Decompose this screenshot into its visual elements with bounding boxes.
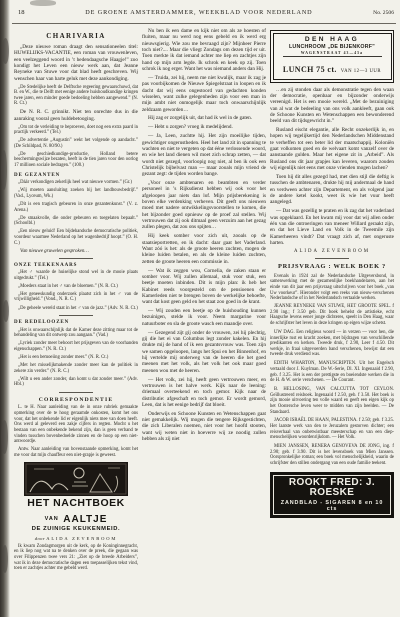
book-entry: EDITH WHARTON, MANUSCRIPTEN. Uit het Eng…: [270, 361, 394, 384]
section-divider: [59, 315, 93, 316]
nachtboek-feature: HET NACHTBOEK VAN AALTJE DE ZUINIGE KEUK…: [14, 462, 138, 572]
story-paragraphs-middle: Nu ben ik een dame en kijk niet om als z…: [142, 28, 266, 442]
story-paragraph: — Ja, Leen, zuchtte hij. Het zijn moeili…: [142, 133, 266, 177]
feature-byline: door ALIDA ZEVENBOOM: [14, 536, 138, 541]
feature-byline-name: ALIDA ZEVENBOOM: [46, 536, 117, 541]
scan-smudge: [3, 300, 9, 322]
masthead: DE GROENE AMSTERDAMMER, WEEKBLAD VOOR NE…: [85, 9, 312, 16]
story-paragraph: Hij zag er zorgelijk uit, dat had ik wel…: [142, 115, 266, 121]
press-quote: „Dit is een tragisch gebeuren in onze ge…: [14, 202, 138, 213]
correspondence-heading: CORRESPONDENTIE: [14, 397, 138, 403]
story-paragraph: Nu ben ik een dame en kijk niet om als z…: [142, 28, 266, 72]
ad-city: DEN HAAG: [275, 36, 390, 43]
section-heading-redeloozen: DE REDELOOZEN: [14, 320, 138, 325]
ad-business-name: LUNCHROOM „DE BIJENKORF”: [275, 44, 390, 50]
charivaria-press-quote: „De Stedelijke heeft de Delftsche regeer…: [14, 85, 138, 108]
story-paragraph: Hij keek somber voor zich uit, zooals op…: [142, 233, 266, 265]
cigar-ad-frame: ROOKT FRED: J. ROESKE ZANDBLAD - SIGAREN…: [273, 475, 391, 516]
press-quote: „Het is onwaarschijnlijk dat de Kamer de…: [14, 328, 138, 339]
press-quote: „Wilt u een ander zonder, dan komt u dat…: [14, 377, 138, 388]
ad-offer: LUNCH 75 ct.: [283, 65, 337, 74]
gezanten-quote-list: „Dáár verkondigen zekerlijk heel wat nie…: [14, 180, 138, 246]
story-paragraph: — Wat ik zeggen wou, Cornelia, de zaken …: [142, 268, 266, 306]
lunchroom-ad-frame: DEN HAAG LUNCHROOM „DE BIJENKORF” WAGENS…: [273, 33, 392, 81]
page-header: 18 DE GROENE AMSTERDAMMER, WEEKBLAD VOOR…: [18, 9, 394, 16]
issue-number: No. 2506: [373, 10, 394, 16]
press-quote: „De geheele wereld staat in het ♂ van de…: [14, 306, 138, 312]
book-entry: JACOB ISRAËL DE HAAN, PALESTINA. f 2.50;…: [270, 418, 394, 441]
story-paragraph: — Het volk, zei hij, heeft geen vertrouw…: [142, 377, 266, 409]
charivaria-intro: „Deze nieuwe roman draagt den sensatione…: [14, 44, 138, 82]
section-divider: [59, 392, 93, 393]
feature-byline-prefix: door: [35, 536, 45, 541]
feature-illustration: [24, 462, 128, 496]
ad-divider: [283, 56, 382, 57]
prijsvraag-heading: PRIJSVRAAG : WELK BOEK ?: [270, 263, 394, 270]
lunchroom-ad: DEN HAAG LUNCHROOM „DE BIJENKORF” WAGENS…: [270, 30, 394, 83]
section-heading-gezanten: DE GEZANTEN: [14, 173, 138, 178]
press-quote: „Moeders staat in het ♂ van de bloemen.”…: [14, 284, 138, 290]
press-quote: „Om tot de verleiding te beproeven, doet…: [14, 125, 138, 136]
book-entry: B. HELLOSING, VAN CALCUTTA TOT CEYLON. G…: [270, 387, 394, 415]
book-entry: MIEN JANSSEN, RENERA GENOVEVA DE JONG, i…: [270, 444, 394, 467]
charivaria-reply: De N. R. C. grinnikt. Niet ten onrechte …: [14, 109, 138, 122]
scan-smudge: [1, 420, 8, 454]
feature-title-aaltje: AALTJE: [63, 514, 107, 525]
redeloozen-quote-list: „Het is onwaarschijnlijk dat de Kamer de…: [14, 328, 138, 388]
correspondence-paragraphs: L. te H. Naar aanleiding van de in onze …: [14, 405, 138, 458]
story-paragraph: — Wij zouden een beetje op de huishoudin…: [142, 308, 266, 327]
ad-offer-row: LUNCH 75 ct. VAN 12—3 UUR: [275, 59, 390, 77]
ad-street-address: WAGENSTRAAT 43—45a: [275, 51, 390, 55]
press-quote: „Wij moeten aansluiting zoeken bij het l…: [14, 188, 138, 199]
header-rule: [12, 23, 396, 24]
cigar-ad: ROOKT FRED: J. ROESKE ZANDBLAD - SIGAREN…: [270, 472, 394, 519]
scan-smudge: [2, 38, 9, 64]
correspondence-paragraph: L. te H. Naar aanleiding van de in onze …: [14, 405, 138, 444]
press-quote: „Met het misselijkmakende zonder meer ka…: [14, 363, 138, 374]
right-column: DEN HAAG LUNCHROOM „DE BIJENKORF” WAGENS…: [270, 28, 394, 613]
story-paragraph: — Dat was gezellig te praten en ik zag d…: [270, 208, 394, 246]
story-paragraph: Rusland eischt elegantie, alle Recht onz…: [270, 127, 394, 171]
correspondence-paragraph: Antw. Naar aanleiding van bovenstaande o…: [14, 447, 138, 458]
feature-title-line3: DE ZUINIGE KEUKENMEID.: [14, 527, 138, 533]
story-paragraphs-right: …en zij stonden daar als demonstratie te…: [270, 87, 394, 247]
section-divider: [59, 258, 93, 259]
story-paragraph: Onderwijs en Schoone Kunsten en Wetensch…: [142, 411, 266, 443]
left-column: CHARIVARIA „Deze nieuwe roman draagt den…: [14, 28, 138, 613]
press-quote: „Het geneeskundig onderzoek plaatst zich…: [14, 292, 138, 303]
prijsvraag-intro: Evenals in 1924 zal de Nederlandsche Uit…: [270, 274, 394, 302]
charivaria-quote-list: „Om tot de verleiding te beproeven, doet…: [14, 125, 138, 169]
press-quote: „De advertentie „Augustin” wekt het volg…: [14, 138, 138, 149]
feature-opening-text: Ik kwam Zondagmorgen uit de kerk, op de …: [14, 544, 138, 572]
feature-title-van: VAN: [45, 516, 59, 522]
section-heading-teekenaars: ONZE TEEKENAARS: [14, 263, 138, 268]
press-quote: „Het ♂ waarde de huiselijke stond wel in…: [14, 270, 138, 281]
press-quote: „Een nieuw geluid! Een bijdehandsche dem…: [14, 229, 138, 246]
press-quote: „Het is een bemoeiing zonder meer.” (N. …: [14, 355, 138, 361]
middle-column: Nu ben ik een dame en kijk niet om als z…: [142, 28, 266, 613]
press-quote: „De geschiedkundige-productie, Holland b…: [14, 152, 138, 169]
press-quote: „Lyriek zonder meer behoort het prijsgev…: [14, 341, 138, 352]
story-paragraph: …en zij stonden daar als demonstratie te…: [270, 87, 394, 125]
story-paragraph: Toen hij dit alles gezegd had, met dien …: [270, 174, 394, 206]
book-entry-list: JEANNE REYNEKE VAN STUWE, HET GROOTE SPE…: [270, 304, 394, 467]
scan-smudge: [2, 545, 8, 573]
story-paragraph: — Hebt u zorgen? vroeg ik medelijdend.: [142, 124, 266, 130]
page-number: 18: [18, 9, 25, 16]
magazine-page: 18 DE GROENE AMSTERDAMMER, WEEKBLAD VOOR…: [0, 0, 400, 617]
gezanten-outro: Van nieuwe gruwelen gesproken…: [14, 249, 138, 254]
feature-title-line2: VAN AALTJE: [14, 510, 138, 526]
book-entry: UW DAG. Een religieus woord — in verzen …: [270, 330, 394, 358]
teekenaars-quote-list: „Het ♂ waarde de huiselijke stond wel in…: [14, 270, 138, 311]
cigar-ad-product: ZANDBLAD - SIGAREN 8 en 10 cts: [275, 500, 389, 512]
press-quote: „Dáár verkondigen zekerlijk heel wat nie…: [14, 180, 138, 186]
feature-title-line1: HET NACHTBOEK: [14, 498, 138, 509]
scan-smudge: [1, 150, 7, 190]
story-paragraph: — Truida, zei hij, neem me niet kwalijk,…: [142, 75, 266, 113]
story-paragraph: „Voor onze ambtenaren en beambten en ver…: [142, 180, 266, 231]
press-quote: „De smaakvolle, die onder gebeuren en to…: [14, 216, 138, 227]
section-divider: [315, 258, 349, 259]
scan-smudge: [30, 0, 56, 6]
story-paragraph: — Gezegend zijt gij onder de vrouwen, ze…: [142, 330, 266, 374]
charivaria-title: CHARIVARIA: [14, 32, 138, 40]
ad-hours: VAN 12—3 UUR: [341, 69, 381, 74]
story-byline: ALIDA ZEVENBOOM: [270, 249, 394, 254]
cigar-ad-brand: ROOKT FRED: J. ROESKE: [275, 478, 389, 499]
book-entry: JEANNE REYNEKE VAN STUWE, HET GROOTE SPE…: [270, 304, 394, 327]
